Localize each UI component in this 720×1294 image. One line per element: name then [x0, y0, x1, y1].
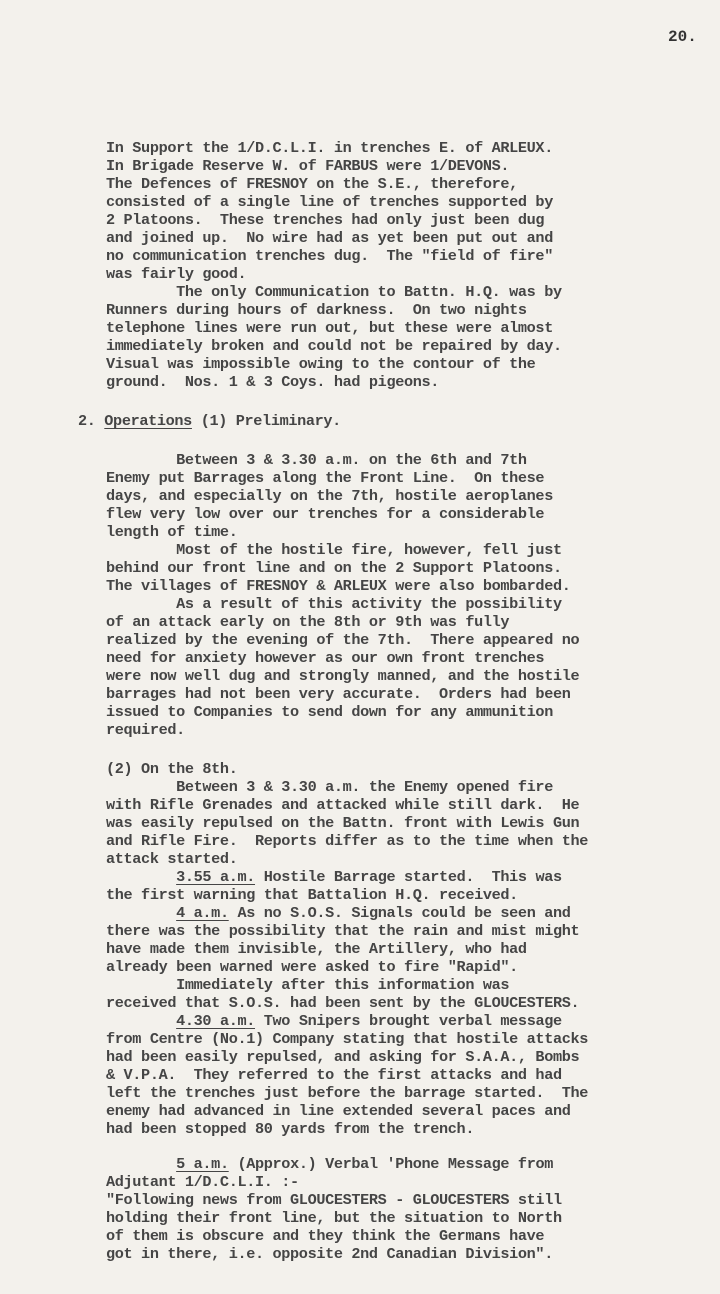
text-line: Between 3 & 3.30 a.m. the Enemy opened f…	[106, 778, 553, 796]
text-line: attack started.	[106, 850, 237, 868]
text-line: length of time.	[106, 523, 237, 541]
document-page: 20. In Support the 1/D.C.L.I. in trenche…	[0, 0, 720, 1294]
text-line: of them is obscure and they think the Ge…	[106, 1227, 544, 1245]
text-line: The Defences of FRESNOY on the S.E., the…	[106, 175, 518, 193]
text-line: Between 3 & 3.30 a.m. on the 6th and 7th	[106, 451, 527, 469]
text-line: realized by the evening of the 7th. Ther…	[106, 631, 579, 649]
text-line: holding their front line, but the situat…	[106, 1209, 562, 1227]
timestamped-line: 3.55 a.m. Hostile Barrage started. This …	[106, 868, 562, 886]
timestamp: 4.30 a.m.	[176, 1012, 255, 1030]
text-line: flew very low over our trenches for a co…	[106, 505, 544, 523]
text-line: no communication trenches dug. The "fiel…	[106, 247, 553, 265]
text-line: consisted of a single line of trenches s…	[106, 193, 553, 211]
text-line: 2 Platoons. These trenches had only just…	[106, 211, 544, 229]
text-line: have made them invisible, the Artillery,…	[106, 940, 527, 958]
page-number: 20.	[668, 28, 697, 46]
subsection-heading: (2) On the 8th.	[106, 760, 237, 778]
text-line: the first warning that Battalion H.Q. re…	[106, 886, 518, 904]
text-line: of an attack early on the 8th or 9th was…	[106, 613, 509, 631]
section-number: 2.	[78, 412, 96, 430]
text-line: "Following news from GLOUCESTERS - GLOUC…	[106, 1191, 562, 1209]
text-line: immediately broken and could not be repa…	[106, 337, 562, 355]
text-line: need for anxiety however as our own fron…	[106, 649, 544, 667]
text-line: had been stopped 80 yards from the trenc…	[106, 1120, 474, 1138]
text-line: and joined up. No wire had as yet been p…	[106, 229, 553, 247]
text-span: Hostile Barrage started. This was	[255, 868, 562, 886]
timestamped-line: 4.30 a.m. Two Snipers brought verbal mes…	[106, 1012, 562, 1030]
text-line: required.	[106, 721, 185, 739]
text-line: Runners during hours of darkness. On two…	[106, 301, 527, 319]
text-line: already been warned were asked to fire "…	[106, 958, 518, 976]
timestamp: 3.55 a.m.	[176, 868, 255, 886]
text-line: & V.P.A. They referred to the first atta…	[106, 1066, 562, 1084]
text-line: issued to Companies to send down for any…	[106, 703, 553, 721]
timestamp: 5 a.m.	[176, 1155, 229, 1173]
timestamp: 4 a.m.	[176, 904, 229, 922]
text-line: barrages had not been very accurate. Ord…	[106, 685, 571, 703]
text-line: ground. Nos. 1 & 3 Coys. had pigeons.	[106, 373, 439, 391]
text-line: Visual was impossible owing to the conto…	[106, 355, 535, 373]
text-line: got in there, i.e. opposite 2nd Canadian…	[106, 1245, 553, 1263]
text-line: behind our front line and on the 2 Suppo…	[106, 559, 562, 577]
text-line: telephone lines were run out, but these …	[106, 319, 553, 337]
timestamped-line: 5 a.m. (Approx.) Verbal 'Phone Message f…	[106, 1155, 553, 1173]
text-line: left the trenches just before the barrag…	[106, 1084, 588, 1102]
text-line: Immediately after this information was	[106, 976, 509, 994]
text-line: had been easily repulsed, and asking for…	[106, 1048, 579, 1066]
text-line: In Brigade Reserve W. of FARBUS were 1/D…	[106, 157, 509, 175]
text-line: The only Communication to Battn. H.Q. wa…	[106, 283, 562, 301]
text-line: was easily repulsed on the Battn. front …	[106, 814, 579, 832]
text-line: enemy had advanced in line extended seve…	[106, 1102, 571, 1120]
text-line: Most of the hostile fire, however, fell …	[106, 541, 562, 559]
text-line: with Rifle Grenades and attacked while s…	[106, 796, 579, 814]
section-heading: 2. Operations (1) Preliminary.	[78, 412, 341, 430]
text-span: Two Snipers brought verbal message	[255, 1012, 562, 1030]
text-line: was fairly good.	[106, 265, 246, 283]
text-span: As no S.O.S. Signals could be seen and	[229, 904, 571, 922]
text-line: days, and especially on the 7th, hostile…	[106, 487, 553, 505]
text-line: The villages of FRESNOY & ARLEUX were al…	[106, 577, 571, 595]
text-span: (Approx.) Verbal 'Phone Message from	[229, 1155, 553, 1173]
section-subtitle: (1) Preliminary.	[201, 412, 341, 430]
text-line: there was the possibility that the rain …	[106, 922, 579, 940]
text-line: Adjutant 1/D.C.L.I. :-	[106, 1173, 299, 1191]
text-line: As a result of this activity the possibi…	[106, 595, 562, 613]
text-line: were now well dug and strongly manned, a…	[106, 667, 579, 685]
text-line: from Centre (No.1) Company stating that …	[106, 1030, 588, 1048]
section-title: Operations	[104, 412, 192, 430]
text-line: and Rifle Fire. Reports differ as to the…	[106, 832, 588, 850]
timestamped-line: 4 a.m. As no S.O.S. Signals could be see…	[106, 904, 571, 922]
text-line: received that S.O.S. had been sent by th…	[106, 994, 579, 1012]
text-line: Enemy put Barrages along the Front Line.…	[106, 469, 544, 487]
text-line: In Support the 1/D.C.L.I. in trenches E.…	[106, 139, 553, 157]
